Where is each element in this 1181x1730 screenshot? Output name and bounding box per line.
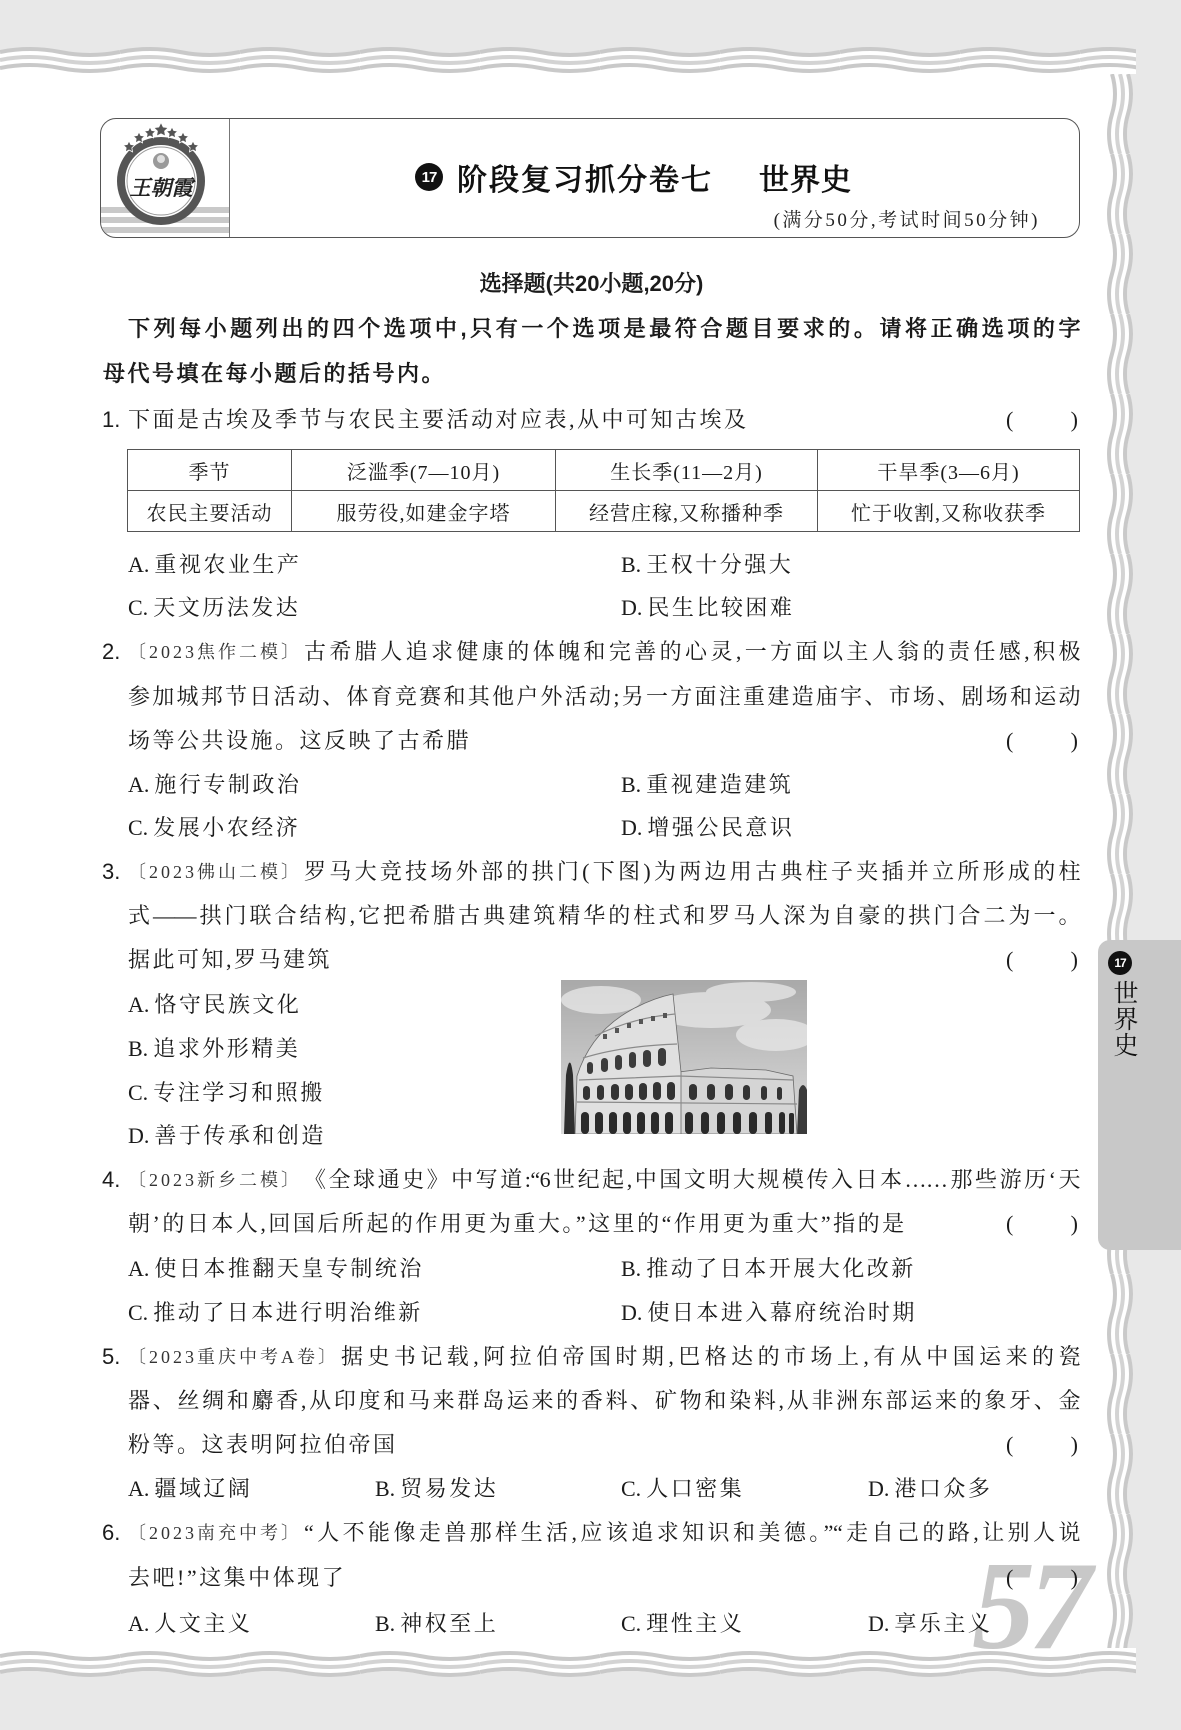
answer-blank: ( ): [1006, 1423, 1078, 1467]
option-text: 王权十分强大: [646, 552, 793, 577]
question-number: 2.: [102, 630, 128, 674]
question-text: “人不能像走兽那样生活,应该追求知识和美德。”“走自己的路,让别人说: [304, 1511, 1080, 1555]
bracket-close: ): [1071, 938, 1078, 982]
option-c: C.天文历法发达: [128, 586, 300, 630]
option-text: 天文历法发达: [153, 595, 300, 620]
bracket-close: ): [1071, 1202, 1078, 1246]
option-d: D.使日本进入幕府统治时期: [621, 1291, 917, 1335]
season-activity-table: 季节 泛滥季(7—10月) 生长季(11—2月) 干旱季(3—6月) 农民主要活…: [127, 449, 1080, 532]
option-label: D.: [868, 1611, 889, 1636]
bracket-open: (: [1006, 1423, 1013, 1467]
question-text-line: 参加城邦节日活动、体育竞赛和其他户外活动;另一方面注重建造庙宇、市场、剧场和运动: [128, 675, 1080, 719]
exam-score-time: (满分50分,考试时间50分钟): [774, 207, 1040, 235]
option-text: 贸易发达: [400, 1476, 498, 1501]
option-label: A.: [128, 1256, 149, 1281]
option-b: B.王权十分强大: [621, 543, 793, 587]
question-number: 5.: [102, 1335, 128, 1379]
logo-name: 王朝霞: [130, 176, 197, 200]
option-label: A.: [128, 1476, 149, 1501]
option-text: 善于传承和创造: [154, 1123, 326, 1148]
option-label: B.: [128, 1036, 148, 1061]
option-b: B.重视建造建筑: [621, 763, 793, 807]
option-text: 理性主义: [646, 1611, 744, 1636]
option-text: 神权至上: [400, 1611, 498, 1636]
option-text: 施行专制政治: [154, 772, 301, 797]
question-text: 古希腊人追求健康的体魄和完善的心灵,一方面以主人翁的责任感,积极: [304, 630, 1080, 674]
option-b: B.贸易发达: [375, 1467, 498, 1511]
bracket-close: ): [1071, 1423, 1078, 1467]
option-label: A.: [128, 1611, 149, 1636]
option-label: D.: [868, 1476, 889, 1501]
option-label: B.: [375, 1476, 395, 1501]
bracket-close: ): [1071, 719, 1078, 763]
option-text: 重视建造建筑: [646, 772, 793, 797]
table-cell: 服劳役,如建金字塔: [292, 491, 556, 532]
question-3: 3. 〔2023佛山二模〕 罗马大竞技场外部的拱门(下图)为两边用古典柱子夹插并…: [102, 850, 1080, 894]
page-title: 17 阶段复习抓分卷七 世界史: [415, 157, 852, 197]
question-text-line: 据此可知,罗马建筑: [128, 938, 332, 982]
bracket-close: ): [1071, 398, 1078, 442]
question-text: 下面是古埃及季节与农民主要活动对应表,从中可知古埃及: [128, 398, 1080, 442]
option-d: D.增强公民意识: [621, 806, 794, 850]
option-label: C.: [128, 815, 148, 840]
question-text-line: 场等公共设施。这反映了古希腊: [128, 719, 471, 763]
option-text: 人口密集: [646, 1476, 744, 1501]
option-c: C.专注学习和照搬: [128, 1071, 325, 1115]
answer-blank: ( ): [1006, 1202, 1078, 1246]
question-text-line: 器、丝绸和麝香,从印度和马来群岛运来的香料、矿物和染料,从非洲东部运来的象牙、金: [128, 1379, 1080, 1423]
option-d: D.民生比较困难: [621, 586, 794, 630]
option-a: A.恪守民族文化: [128, 983, 301, 1027]
bracket-open: (: [1006, 1556, 1013, 1600]
option-label: D.: [128, 1123, 149, 1148]
option-a: A.人文主义: [128, 1602, 252, 1646]
unit-number-badge: 17: [415, 163, 443, 191]
chapter-label: 世界史: [1106, 980, 1142, 1058]
table-cell: 泛滥季(7—10月): [292, 450, 556, 491]
table-cell: 季节: [128, 450, 292, 491]
question-number: 6.: [102, 1511, 128, 1555]
question-text: 据史书记载,阿拉伯帝国时期,巴格达的市场上,有从中国运来的瓷: [341, 1335, 1080, 1379]
question-text-line: 去吧!”这集中体现了: [128, 1556, 346, 1600]
publisher-logo: 王朝霞: [101, 119, 230, 237]
option-a: A.重视农业生产: [128, 543, 301, 587]
option-c: C.发展小农经济: [128, 806, 300, 850]
logo-emblem-icon: 王朝霞: [101, 119, 229, 237]
question-6: 6. 〔2023南充中考〕 “人不能像走兽那样生活,应该追求知识和美德。”“走自…: [102, 1511, 1080, 1555]
question-5: 5. 〔2023重庆中考A卷〕 据史书记载,阿拉伯帝国时期,巴格达的市场上,有从…: [102, 1335, 1080, 1379]
table-cell: 农民主要活动: [128, 491, 292, 532]
option-text: 疆域辽阔: [154, 1476, 252, 1501]
option-text: 使日本进入幕府统治时期: [647, 1300, 917, 1325]
option-label: B.: [375, 1611, 395, 1636]
instructions-line-2: 母代号填在每小题后的括号内。: [103, 352, 446, 396]
option-text: 推动了日本进行明治维新: [153, 1300, 423, 1325]
option-text: 推动了日本开展大化改新: [646, 1256, 916, 1281]
instructions-line-1: 下列每小题列出的四个选项中,只有一个选项是最符合题目要求的。请将正确选项的字: [128, 307, 1080, 351]
table-cell: 生长季(11—2月): [556, 450, 818, 491]
option-d: D.港口众多: [868, 1467, 992, 1511]
option-text: 享乐主义: [894, 1611, 992, 1636]
chapter-number-badge: 17: [1108, 951, 1132, 975]
chapter-side-tab: 17 世界史: [1098, 940, 1181, 1250]
table-row: 农民主要活动 服劳役,如建金字塔 经营庄稼,又称播种季 忙于收割,又称收获季: [128, 491, 1080, 532]
section-heading: 选择题(共20小题,20分): [103, 262, 1080, 306]
option-text: 发展小农经济: [153, 815, 300, 840]
answer-blank: ( ): [1006, 1556, 1078, 1600]
table-header-row: 季节 泛滥季(7—10月) 生长季(11—2月) 干旱季(3—6月): [128, 450, 1080, 491]
question-2: 2. 〔2023焦作二模〕 古希腊人追求健康的体魄和完善的心灵,一方面以主人翁的…: [102, 630, 1080, 674]
option-label: C.: [621, 1611, 641, 1636]
option-text: 使日本推翻天皇专制统治: [154, 1256, 424, 1281]
option-label: C.: [128, 1080, 148, 1105]
option-label: B.: [621, 772, 641, 797]
bracket-open: (: [1006, 398, 1013, 442]
exam-title: 阶段复习抓分卷七: [457, 155, 713, 199]
answer-blank: ( ): [1006, 398, 1078, 442]
option-c: C.理性主义: [621, 1602, 744, 1646]
option-a: A.疆域辽阔: [128, 1467, 252, 1511]
option-b: B.追求外形精美: [128, 1027, 300, 1071]
table-cell: 忙于收割,又称收获季: [818, 491, 1080, 532]
question-4: 4. 〔2023新乡二模〕 《全球通史》中写道:“6世纪起,中国文明大规模传入日…: [102, 1158, 1080, 1202]
option-text: 增强公民意识: [647, 815, 794, 840]
bracket-open: (: [1006, 1202, 1013, 1246]
colosseum-photo: [561, 980, 807, 1134]
bracket-open: (: [1006, 938, 1013, 982]
option-label: A.: [128, 992, 149, 1017]
option-label: D.: [621, 815, 642, 840]
option-label: C.: [128, 595, 148, 620]
question-text: 《全球通史》中写道:“6世纪起,中国文明大规模传入日本……那些游历‘天: [304, 1158, 1080, 1202]
option-b: B.神权至上: [375, 1602, 498, 1646]
option-label: B.: [621, 552, 641, 577]
option-text: 民生比较困难: [647, 595, 794, 620]
question-number: 1.: [102, 398, 128, 442]
question-source: 〔2023焦作二模〕: [128, 630, 302, 674]
table-cell: 干旱季(3—6月): [818, 450, 1080, 491]
option-a: A.使日本推翻天皇专制统治: [128, 1247, 424, 1291]
question-source: 〔2023重庆中考A卷〕: [128, 1335, 339, 1379]
option-text: 人文主义: [154, 1611, 252, 1636]
table-cell: 经营庄稼,又称播种季: [556, 491, 818, 532]
option-label: C.: [621, 1476, 641, 1501]
option-label: A.: [128, 772, 149, 797]
question-text-line: 朝’的日本人,回国后所起的作用更为重大。”这里的“作用更为重大”指的是: [128, 1202, 907, 1246]
answer-blank: ( ): [1006, 719, 1078, 763]
option-d: D.享乐主义: [868, 1602, 992, 1646]
option-d: D.善于传承和创造: [128, 1114, 326, 1158]
exam-subject: 世界史: [759, 155, 852, 199]
question-1: 1. 下面是古埃及季节与农民主要活动对应表,从中可知古埃及: [102, 398, 1080, 442]
option-text: 恪守民族文化: [154, 992, 301, 1017]
option-label: D.: [621, 1300, 642, 1325]
question-number: 3.: [102, 850, 128, 894]
option-text: 重视农业生产: [154, 552, 301, 577]
option-text: 港口众多: [894, 1476, 992, 1501]
question-text-line: 粉等。这表明阿拉伯帝国: [128, 1423, 398, 1467]
option-text: 追求外形精美: [153, 1036, 300, 1061]
answer-blank: ( ): [1006, 938, 1078, 982]
bracket-close: ): [1071, 1556, 1078, 1600]
option-b: B.推动了日本开展大化改新: [621, 1247, 916, 1291]
option-c: C.人口密集: [621, 1467, 744, 1511]
question-number: 4.: [102, 1158, 128, 1202]
option-label: C.: [128, 1300, 148, 1325]
option-c: C.推动了日本进行明治维新: [128, 1291, 423, 1335]
option-label: B.: [621, 1256, 641, 1281]
question-text: 罗马大竞技场外部的拱门(下图)为两边用古典柱子夹插并立所形成的柱: [304, 850, 1080, 894]
option-a: A.施行专制政治: [128, 763, 301, 807]
option-label: A.: [128, 552, 149, 577]
question-source: 〔2023南充中考〕: [128, 1511, 302, 1555]
option-text: 专注学习和照搬: [153, 1080, 325, 1105]
question-source: 〔2023佛山二模〕: [128, 850, 302, 894]
question-source: 〔2023新乡二模〕: [128, 1158, 302, 1202]
bracket-open: (: [1006, 719, 1013, 763]
option-label: D.: [621, 595, 642, 620]
question-text-line: 式——拱门联合结构,它把希腊古典建筑精华的柱式和罗马人深为自豪的拱门合二为一。: [128, 894, 1080, 938]
